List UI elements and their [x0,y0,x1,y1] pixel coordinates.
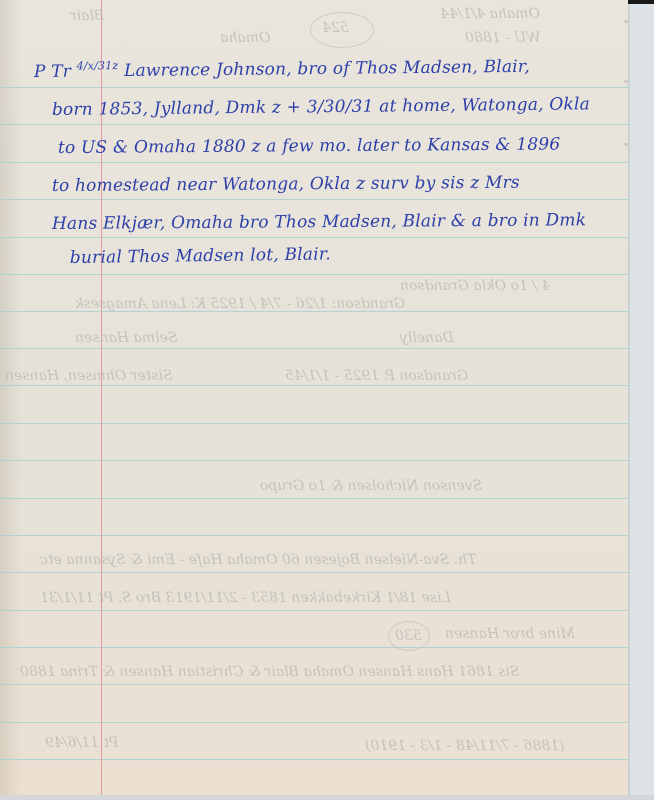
handwriting-line-6: burial Thos Madsen lot, Blair. [70,244,331,268]
bleed-text: Sister Ohmsen, Hansen [5,368,173,384]
paper-nick [624,143,628,146]
bleed-text: Lise 18/1 Kirkebakken 1853 - 2/11/1913 B… [40,590,451,606]
entry-date: 4/x/31z [76,59,118,72]
ruled-line [0,385,628,386]
bleed-text: Pt 11/6/49 [45,735,118,751]
handwriting-line-1: P Tr 4/x/31z Lawrence Johnson, bro of Th… [34,55,530,82]
bleed-text: Sis 1861 Hans Hansen Omaha Blair & Chris… [20,664,519,680]
ruled-line [0,535,628,536]
ruled-line [0,722,628,723]
paper-nick [624,80,628,83]
bleed-text: 4 / 1o Okla Grandson [400,278,550,294]
ruled-line [0,199,628,200]
handwriting-line-2: born 1853, Jylland, Dmk z + 3/30/31 at h… [52,94,590,120]
ruled-line [0,348,628,349]
ruled-line [0,647,628,648]
ruled-line [0,684,628,685]
handwriting-line-4: to homestead near Watonga, Okla z surv b… [52,173,520,196]
ruled-line [0,498,628,499]
bleed-text: Grandson P. 1925 - 1/1/45 [285,368,468,384]
handwriting-line-5: Hans Elkjær, Omaha bro Thos Madsen, Blai… [52,210,586,234]
bleed-text: Selma Hansen [75,330,177,346]
entry-text: Lawrence Johnson, bro of Thos Madsen, Bl… [124,57,530,81]
ruled-line [0,572,628,573]
bleed-text: Grandson: 1/26 - 7/4 / 1925 K: Lena Amag… [75,296,405,312]
entry-prefix: P Tr [34,62,71,82]
paper-nick [624,20,628,23]
bleed-text: Omaha 4/1/44 [440,6,540,22]
bleed-text: Omaha [220,30,270,46]
bleed-text: (1886 - 7/11/48 - 1/3 - 1910) [365,738,565,754]
bleed-text: WU - 1880 [465,30,540,46]
ruled-line [0,423,628,424]
bleed-text: Svenson Nicholsen & 1o Grupo [260,478,482,494]
ruled-line [0,759,628,760]
bleed-text: Danelly [400,330,454,346]
scan-border [628,0,654,4]
bleed-text: Mine bror Hansen [445,626,575,642]
ruled-line [0,274,628,275]
ruled-line [0,237,628,238]
ruled-line [0,460,628,461]
bleed-text: Blair [70,8,104,24]
ruled-line [0,124,628,125]
scan-bottom-border [0,795,654,800]
bleed-text: Th. Sva-Nielsen Bojesen 60 Omaha Hafe - … [40,552,476,568]
bleed-circle-number: 524 [322,20,349,36]
handwriting-line-3: to US & Omaha 1880 z a few mo. later to … [58,134,561,158]
page-edge-shadow [0,0,22,795]
bleed-circle-number: 530 [395,628,422,644]
notebook-page: Blair Omaha 524 Omaha 4/1/44 WU - 1880 4… [0,0,628,795]
ruled-line [0,162,628,163]
ruled-line [0,87,628,88]
ruled-line [0,610,628,611]
